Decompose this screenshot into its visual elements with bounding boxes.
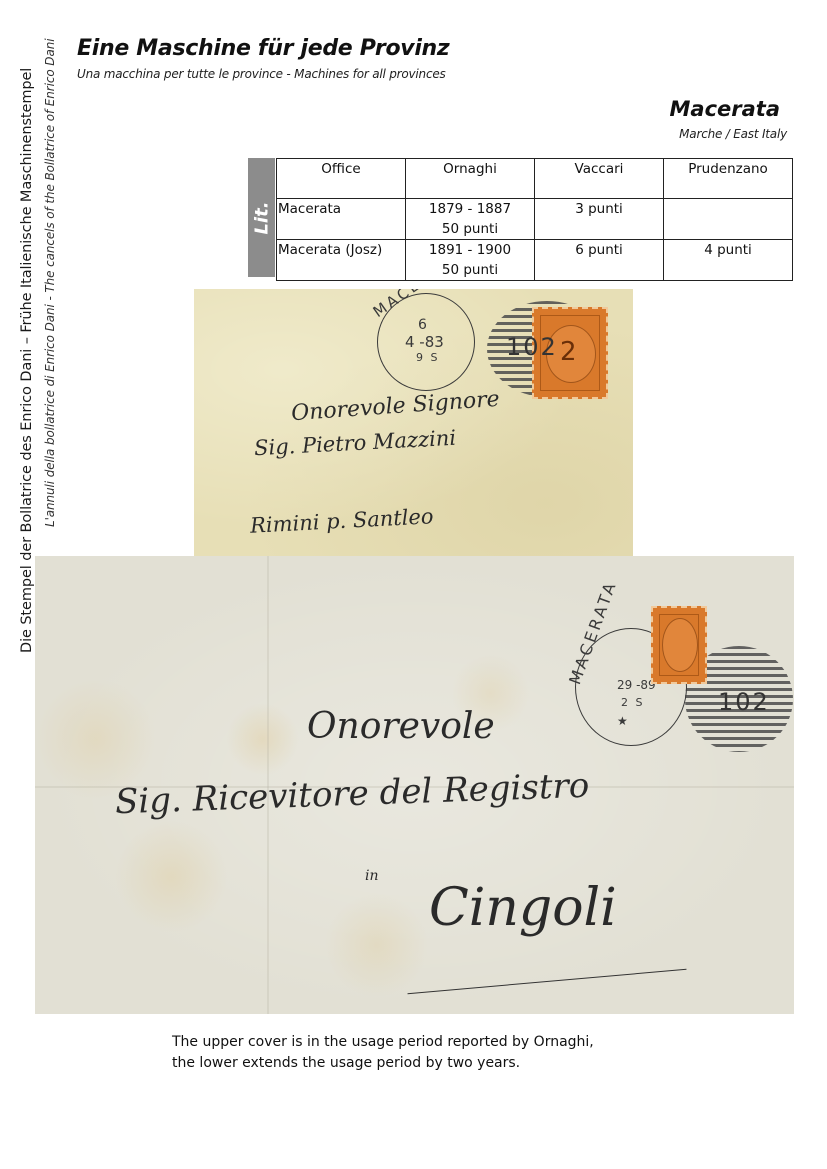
ornaghi-points: 50 punti xyxy=(408,219,532,239)
column-header-ornaghi: Ornaghi xyxy=(406,159,535,199)
numeral-cancel-number: 102 xyxy=(506,333,558,361)
address-line: in xyxy=(365,868,379,884)
literature-table: Office Ornaghi Vaccari Prudenzano Macera… xyxy=(276,158,793,281)
side-title-main: Die Stempel der Bollatrice des Enrico Da… xyxy=(19,68,35,653)
side-title-sub: L'annuli della bollatrice di Enrico Dani… xyxy=(43,39,57,527)
stamp-value: 2 xyxy=(560,337,577,367)
stamp-portrait-oval xyxy=(662,618,698,672)
postage-stamp xyxy=(651,606,707,684)
address-line: Onorevole Signore xyxy=(290,387,500,427)
table-header-row: Office Ornaghi Vaccari Prudenzano xyxy=(277,159,793,199)
underline-flourish xyxy=(407,969,686,994)
literature-label-bar: Lit. xyxy=(248,158,275,277)
page-subtitle: Una macchina per tutte le province - Mac… xyxy=(77,67,446,81)
column-header-prudenzano: Prudenzano xyxy=(664,159,793,199)
datestamp-star-icon: ★ xyxy=(617,714,628,728)
datestamp-time: 9 S xyxy=(416,351,439,364)
numeral-cancel-number: 102 xyxy=(718,688,770,716)
office-cell: Macerata (Josz) xyxy=(277,240,406,281)
lower-cover-image: 102 MACERATA 29 -89 2 S ★ Onorevole Sig.… xyxy=(35,556,794,1014)
vaccari-cell: 3 punti xyxy=(535,199,664,240)
office-cell: Macerata xyxy=(277,199,406,240)
address-line: Rimini p. Santleo xyxy=(249,504,434,538)
region-title: Macerata xyxy=(670,97,781,121)
column-header-office: Office xyxy=(277,159,406,199)
address-line: Onorevole xyxy=(307,706,495,747)
ornaghi-period: 1879 - 1887 xyxy=(408,199,532,219)
datestamp-date: 29 -89 xyxy=(617,678,656,692)
upper-cover-image: MACERATA 6 4 -83 9 S 2 102 Onorevole Sig… xyxy=(194,289,633,557)
region-subtitle: Marche / East Italy xyxy=(679,127,787,141)
literature-label: Lit. xyxy=(251,201,272,234)
datestamp-day: 6 xyxy=(418,317,427,333)
datestamp-time: 2 S xyxy=(621,696,644,709)
column-header-vaccari: Vaccari xyxy=(535,159,664,199)
ornaghi-period: 1891 - 1900 xyxy=(408,240,532,260)
ornaghi-cell: 1879 - 1887 50 punti xyxy=(406,199,535,240)
prudenzano-cell xyxy=(664,199,793,240)
address-line: Sig. Pietro Mazzini xyxy=(254,426,457,461)
prudenzano-cell: 4 punti xyxy=(664,240,793,281)
address-line: Sig. Ricevitore del Registro xyxy=(114,766,589,823)
table-row: Macerata 1879 - 1887 50 punti 3 punti xyxy=(277,199,793,240)
table-row: Macerata (Josz) 1891 - 1900 50 punti 6 p… xyxy=(277,240,793,281)
address-line: Cingoli xyxy=(429,878,617,938)
vaccari-cell: 6 punti xyxy=(535,240,664,281)
ornaghi-cell: 1891 - 1900 50 punti xyxy=(406,240,535,281)
datestamp-date: 4 -83 xyxy=(405,333,444,351)
caption-line-1: The upper cover is in the usage period r… xyxy=(172,1032,594,1053)
page-title: Eine Maschine für jede Provinz xyxy=(77,36,449,61)
caption-line-2: the lower extends the usage period by tw… xyxy=(172,1053,594,1074)
ornaghi-points: 50 punti xyxy=(408,260,532,280)
caption: The upper cover is in the usage period r… xyxy=(172,1032,594,1074)
